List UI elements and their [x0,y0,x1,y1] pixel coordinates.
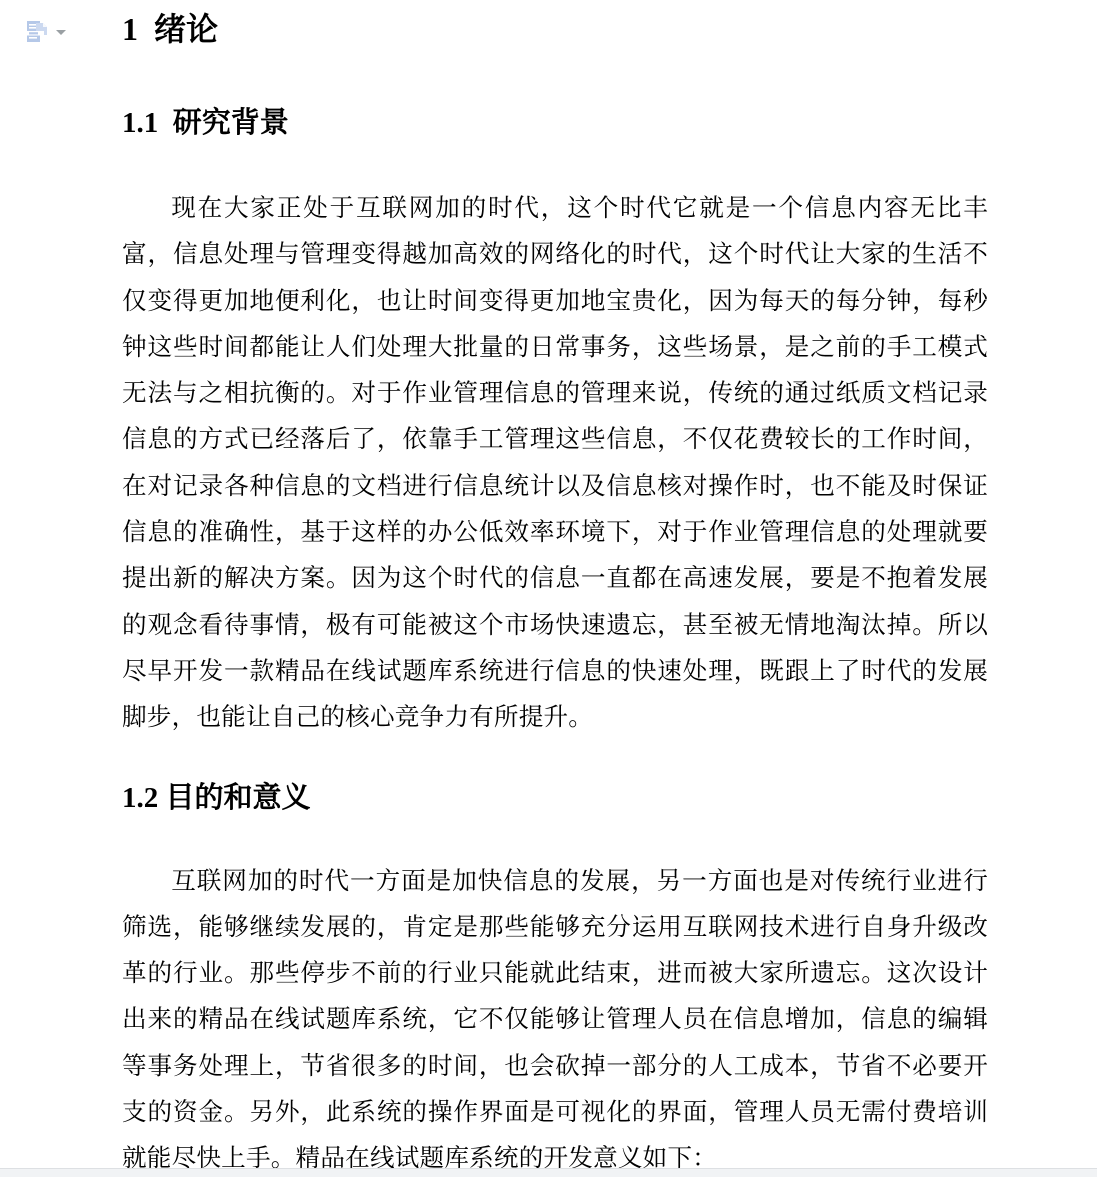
chapter-heading: 1 绪论 [122,9,988,49]
section-heading-research-background: 1.1 研究背景 [122,104,988,142]
paragraph-research-background: 现在大家正处于互联网加的时代，这个时代它就是一个信息内容无比丰富，信息处理与管理… [122,186,988,742]
document-page: 1 绪论 1.1 研究背景 现在大家正处于互联网加的时代，这个时代它就是一个信息… [0,0,1097,1177]
paste-options-icon [26,20,48,43]
document-content: 1 绪论 1.1 研究背景 现在大家正处于互联网加的时代，这个时代它就是一个信息… [122,0,988,1177]
paste-options-button[interactable] [26,20,66,43]
section-heading-purpose-significance: 1.2 目的和意义 [122,779,988,817]
paragraph-purpose-significance: 互联网加的时代一方面是加快信息的发展，另一方面也是对传统行业进行筛选，能够继续发… [122,859,988,1177]
chevron-down-icon [56,30,66,35]
bottom-edge-band [0,1168,1097,1177]
